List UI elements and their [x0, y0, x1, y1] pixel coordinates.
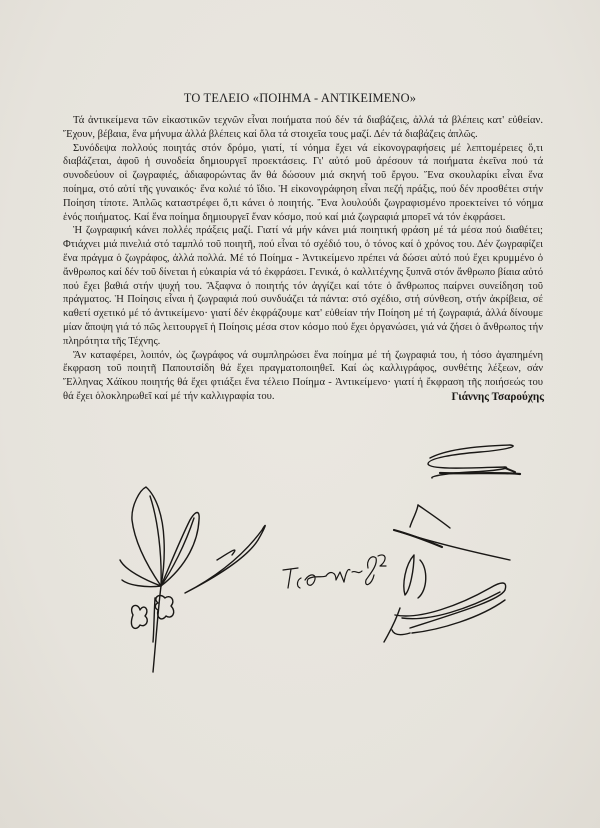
paragraph: Ἡ ζωγραφική κάνει πολλές πράξεις μαζί. Γ…	[63, 224, 543, 348]
paragraph: Τά ἀντικείμενα τῶν εἰκαστικῶν τεχνῶν εἶν…	[63, 114, 543, 142]
plant-sketch-icon	[120, 487, 265, 672]
handwritten-signature-icon	[283, 555, 386, 588]
book-page: ΤΟ ΤΕΛΕΙΟ «ΠΟΙΗΜΑ - ΑΝΤΙΚΕΙΜΕΝΟ» Τά ἀντι…	[0, 0, 600, 828]
essay-body: Τά ἀντικείμενα τῶν εἰκαστικῶν τεχνῶν εἶν…	[63, 114, 543, 404]
page-title: ΤΟ ΤΕΛΕΙΟ «ΠΟΙΗΜΑ - ΑΝΤΙΚΕΙΜΕΝΟ»	[0, 91, 600, 106]
abstract-sketch-icon	[384, 445, 520, 642]
ink-sketch-illustration	[0, 400, 600, 700]
paragraph: Συνόδεψα πολλούς ποιητάς στόν δρόμο, για…	[63, 142, 543, 225]
